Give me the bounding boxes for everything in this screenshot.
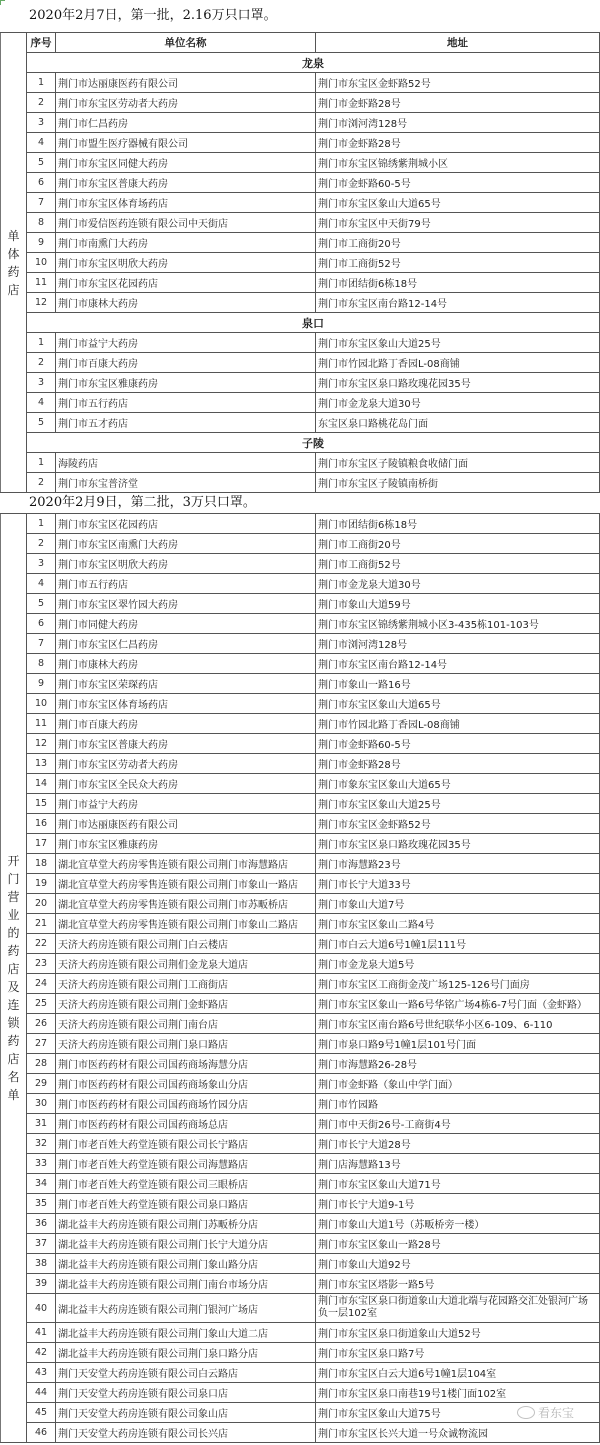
pharmacy-address: 荆门市团结街6栋18号	[316, 273, 600, 293]
table-row: 46荆门天安堂大药房连锁有限公司长兴店荆门市东宝区长兴大道一号众诚物流园	[1, 1423, 600, 1443]
pharmacy-name: 荆门市东宝区体育场药店	[56, 694, 316, 714]
row-number: 10	[27, 694, 56, 714]
row-number: 11	[27, 273, 56, 293]
row-number: 26	[27, 1014, 56, 1034]
table-row: 2荆门市东宝区劳动者大药房荆门市金虾路28号	[1, 93, 600, 113]
table-row: 13荆门市东宝区劳动者大药房荆门市金虾路28号	[1, 754, 600, 774]
row-number: 39	[27, 1274, 56, 1294]
table-row: 32荆门市老百姓大药堂连锁有限公司长宁路店荆门市长宁大道28号	[1, 1134, 600, 1154]
pharmacy-address: 东宝区泉口路桃花岛门面	[316, 413, 600, 433]
row-number: 34	[27, 1174, 56, 1194]
wechat-icon	[517, 1406, 535, 1419]
pharmacy-name: 荆门市五行药店	[56, 574, 316, 594]
row-number: 4	[27, 574, 56, 594]
row-number: 30	[27, 1094, 56, 1114]
row-number: 3	[27, 113, 56, 133]
table-row: 11荆门市百康大药房荆门市竹园北路丁香园L-08商铺	[1, 714, 600, 734]
pharmacy-address: 荆门市竹园北路丁香园L-08商铺	[316, 353, 600, 373]
row-number: 10	[27, 253, 56, 273]
pharmacy-address: 荆门市东宝区南台路12-14号	[316, 293, 600, 313]
pharmacy-name: 湖北益丰大药房连锁有限公司荆门象山路分店	[56, 1254, 316, 1274]
pharmacy-address: 荆门市东宝区锦绣紫荆城小区	[316, 153, 600, 173]
pharmacy-address: 荆门市东宝区锦绣紫荆城小区3-435栋101-103号	[316, 614, 600, 634]
pharmacy-address: 荆门市海慧路23号	[316, 854, 600, 874]
pharmacy-name: 荆门市东宝区全民众大药房	[56, 774, 316, 794]
table-row: 7荆门市东宝区仁昌药房荆门市浏河湾128号	[1, 634, 600, 654]
row-number: 5	[27, 594, 56, 614]
pharmacy-address: 荆门市浏河湾128号	[316, 634, 600, 654]
row-number: 41	[27, 1323, 56, 1343]
table-row: 14荆门市东宝区全民众大药房荆门市象东宝区象山大道65号	[1, 774, 600, 794]
row-number: 9	[27, 233, 56, 253]
table-row: 38湖北益丰大药房连锁有限公司荆门象山路分店荆门市象山大道92号	[1, 1254, 600, 1274]
pharmacy-name: 荆门市同健大药房	[56, 614, 316, 634]
pharmacy-address: 荆门市东宝区象山大道25号	[316, 333, 600, 353]
batch2-title: 2020年2月9日，第二批，3万只口罩。	[0, 493, 600, 513]
row-number: 15	[27, 794, 56, 814]
table-row: 11荆门市东宝区花园药店荆门市团结街6栋18号	[1, 273, 600, 293]
pharmacy-name: 湖北益丰大药房连锁有限公司荆门象山大道二店	[56, 1323, 316, 1343]
pharmacy-name: 湖北益丰大药房连锁有限公司荆门苏畈桥分店	[56, 1214, 316, 1234]
table-row: 44荆门天安堂大药房连锁有限公司泉口店荆门市东宝区泉口南巷19号1楼门面102室	[1, 1383, 600, 1403]
pharmacy-name: 湖北宜草堂大药房零售连锁有限公司荆门市海慧路店	[56, 854, 316, 874]
pharmacy-name: 荆门市百康大药房	[56, 714, 316, 734]
table-row: 2荆门市东宝区南熏门大药房荆门市工商街20号	[1, 534, 600, 554]
pharmacy-name: 湖北益丰大药房连锁有限公司荆门长宁大道分店	[56, 1234, 316, 1254]
table-row: 3荆门市东宝区雅康药房荆门市东宝区泉口路玫瑰花园35号	[1, 373, 600, 393]
pharmacy-address: 荆门市金虾路60-5号	[316, 734, 600, 754]
pharmacy-name: 荆门市东宝区雅康药房	[56, 834, 316, 854]
pharmacy-address: 荆门市东宝区白云大道6号1幢1层104室	[316, 1363, 600, 1383]
pharmacy-name: 湖北益丰大药房连锁有限公司荆门泉口路分店	[56, 1343, 316, 1363]
row-number: 14	[27, 774, 56, 794]
pharmacy-name: 荆门天安堂大药房连锁有限公司泉口店	[56, 1383, 316, 1403]
category-label: 开 门 营 业 的 药 店 及 连 锁 药 店 名 单	[1, 514, 27, 1443]
corner-mark	[0, 0, 5, 5]
batch1-table: 单 体 药 店 序号 单位名称 地址 龙泉1荆门市达丽康医药有限公司荆门市东宝区…	[0, 32, 600, 493]
pharmacy-name: 荆门市医药药材有限公司国药商场总店	[56, 1114, 316, 1134]
pharmacy-name: 荆门市老百姓大药堂连锁有限公司长宁路店	[56, 1134, 316, 1154]
row-number: 22	[27, 934, 56, 954]
table-row: 4荆门市五行药店荆门市金龙泉大道30号	[1, 574, 600, 594]
pharmacy-name: 天济大药房连锁有限公司荆门白云楼店	[56, 934, 316, 954]
row-number: 2	[27, 473, 56, 493]
row-number: 43	[27, 1363, 56, 1383]
row-number: 3	[27, 554, 56, 574]
pharmacy-address: 荆门市金龙泉大道5号	[316, 954, 600, 974]
row-number: 37	[27, 1234, 56, 1254]
table-row: 37湖北益丰大药房连锁有限公司荆门长宁大道分店荆门市东宝区象山一路28号	[1, 1234, 600, 1254]
pharmacy-name: 荆门市老百姓大药堂连锁有限公司泉口路店	[56, 1194, 316, 1214]
pharmacy-address: 荆门市浏河湾128号	[316, 113, 600, 133]
table-row: 5荆门市五才药店东宝区泉口路桃花岛门面	[1, 413, 600, 433]
pharmacy-address: 荆门市东宝区象山大道25号	[316, 794, 600, 814]
region-label: 泉口	[27, 313, 600, 333]
row-number: 8	[27, 654, 56, 674]
table-row: 34荆门市老百姓大药堂连锁有限公司三眼桥店荆门市东宝区象山大道71号	[1, 1174, 600, 1194]
pharmacy-name: 荆门市东宝区南熏门大药房	[56, 534, 316, 554]
pharmacy-address: 荆门市海慧路26-28号	[316, 1054, 600, 1074]
table-row: 28荆门市医药药材有限公司国药商场海慧分店荆门市海慧路26-28号	[1, 1054, 600, 1074]
row-number: 28	[27, 1054, 56, 1074]
row-number: 32	[27, 1134, 56, 1154]
pharmacy-name: 天济大药房连锁有限公司荆门金虾路店	[56, 994, 316, 1014]
table-row: 26天济大药房连锁有限公司荆门南台店荆门市东宝区南台路6号世纪联华小区6-109…	[1, 1014, 600, 1034]
pharmacy-name: 荆门市东宝普济堂	[56, 473, 316, 493]
pharmacy-name: 天济大药房连锁有限公司荆门南台店	[56, 1014, 316, 1034]
row-number: 9	[27, 674, 56, 694]
table-row: 41湖北益丰大药房连锁有限公司荆门象山大道二店荆门市东宝区泉口街道象山大道52号	[1, 1323, 600, 1343]
row-number: 1	[27, 333, 56, 353]
table-row: 2荆门市百康大药房荆门市竹园北路丁香园L-08商铺	[1, 353, 600, 373]
pharmacy-address: 荆门市象山一路16号	[316, 674, 600, 694]
pharmacy-address: 荆门市团结街6栋18号	[316, 514, 600, 534]
pharmacy-name: 湖北益丰大药房连锁有限公司荆门南台市场分店	[56, 1274, 316, 1294]
pharmacy-name: 湖北宜草堂大药房零售连锁有限公司荆门市象山二路店	[56, 914, 316, 934]
pharmacy-address: 荆门市东宝区象山大道71号	[316, 1174, 600, 1194]
row-number: 12	[27, 293, 56, 313]
pharmacy-name: 荆门市东宝区体育场药店	[56, 193, 316, 213]
region-label: 龙泉	[27, 53, 600, 73]
row-number: 1	[27, 514, 56, 534]
pharmacy-name: 荆门市医药药材有限公司国药商场象山分店	[56, 1074, 316, 1094]
row-number: 7	[27, 193, 56, 213]
table-row: 10荆门市东宝区明欣大药房荆门市工商街52号	[1, 253, 600, 273]
pharmacy-address: 荆门市东宝区中天街79号	[316, 213, 600, 233]
pharmacy-address: 荆门市东宝区塔影一路5号	[316, 1274, 600, 1294]
pharmacy-name: 荆门市盟生医疗器械有限公司	[56, 133, 316, 153]
region-row: 子陵	[1, 433, 600, 453]
table-row: 15荆门市益宁大药房荆门市东宝区象山大道25号	[1, 794, 600, 814]
row-number: 45	[27, 1403, 56, 1423]
row-number: 19	[27, 874, 56, 894]
row-number: 4	[27, 133, 56, 153]
pharmacy-address: 荆门市东宝区南台路6号世纪联华小区6-109、6-110	[316, 1014, 600, 1034]
row-number: 5	[27, 153, 56, 173]
row-number: 6	[27, 173, 56, 193]
table-row: 1荆门市益宁大药房荆门市东宝区象山大道25号	[1, 333, 600, 353]
row-number: 16	[27, 814, 56, 834]
pharmacy-address: 荆门市东宝区子陵镇粮食收储门面	[316, 453, 600, 473]
pharmacy-name: 荆门市东宝区雅康药房	[56, 373, 316, 393]
pharmacy-address: 荆门市东宝区泉口路玫瑰花园35号	[316, 834, 600, 854]
table-row: 1海陵药店荆门市东宝区子陵镇粮食收储门面	[1, 453, 600, 473]
table-row: 36湖北益丰大药房连锁有限公司荆门苏畈桥分店荆门市象山大道1号（苏畈桥旁一楼）	[1, 1214, 600, 1234]
batch2-table: 开 门 营 业 的 药 店 及 连 锁 药 店 名 单1荆门市东宝区花园药店荆门…	[0, 513, 600, 1443]
pharmacy-name: 荆门市医药药材有限公司国药商场竹园分店	[56, 1094, 316, 1114]
pharmacy-address: 荆门市东宝区泉口路玫瑰花园35号	[316, 373, 600, 393]
pharmacy-name: 荆门市东宝区花园药店	[56, 514, 316, 534]
pharmacy-name: 海陵药店	[56, 453, 316, 473]
table-row: 12荆门市康林大药房荆门市东宝区南台路12-14号	[1, 293, 600, 313]
pharmacy-name: 荆门市东宝区普康大药房	[56, 734, 316, 754]
pharmacy-name: 荆门市康林大药房	[56, 293, 316, 313]
pharmacy-address: 荆门市东宝区金虾路52号	[316, 814, 600, 834]
pharmacy-address: 荆门市金虾路28号	[316, 754, 600, 774]
region-label: 子陵	[27, 433, 600, 453]
row-number: 42	[27, 1343, 56, 1363]
pharmacy-address: 荆门市工商街52号	[316, 554, 600, 574]
table-header-row: 单 体 药 店 序号 单位名称 地址	[1, 33, 600, 53]
pharmacy-address: 荆门市金虾路28号	[316, 133, 600, 153]
pharmacy-name: 湖北益丰大药房连锁有限公司荆门银河广场店	[56, 1294, 316, 1323]
table-row: 25天济大药房连锁有限公司荆门金虾路店荆门市东宝区象山一路6号华铭广场4栋6-7…	[1, 994, 600, 1014]
pharmacy-name: 荆门市老百姓大药堂连锁有限公司海慧路店	[56, 1154, 316, 1174]
pharmacy-address: 荆门市东宝区子陵镇南桥街	[316, 473, 600, 493]
row-number: 5	[27, 413, 56, 433]
row-number: 4	[27, 393, 56, 413]
table-row: 30荆门市医药药材有限公司国药商场竹园分店荆门市竹园路	[1, 1094, 600, 1114]
pharmacy-address: 荆门市东宝区泉口路7号	[316, 1343, 600, 1363]
row-number: 44	[27, 1383, 56, 1403]
table-row: 16荆门市达丽康医药有限公司荆门市东宝区金虾路52号	[1, 814, 600, 834]
table-row: 8荆门市爱信医药连锁有限公司中天街店荆门市东宝区中天街79号	[1, 213, 600, 233]
pharmacy-address: 荆门市工商街52号	[316, 253, 600, 273]
pharmacy-address: 荆门市白云大道6号1幢1层111号	[316, 934, 600, 954]
table-row: 45荆门天安堂大药房连锁有限公司象山店荆门市东宝区象山大道75号	[1, 1403, 600, 1423]
pharmacy-address: 荆门市长宁大道9-1号	[316, 1194, 600, 1214]
header-address: 地址	[316, 33, 600, 53]
pharmacy-name: 湖北宜草堂大药房零售连锁有限公司荆门市苏畈桥店	[56, 894, 316, 914]
row-number: 8	[27, 213, 56, 233]
region-row: 泉口	[1, 313, 600, 333]
pharmacy-address: 荆门市东宝区南台路12-14号	[316, 654, 600, 674]
pharmacy-name: 荆门市仁昌药房	[56, 113, 316, 133]
pharmacy-name: 天济大药房连锁有限公司荆门工商街店	[56, 974, 316, 994]
row-number: 46	[27, 1423, 56, 1443]
pharmacy-name: 荆门市东宝区仁昌药房	[56, 634, 316, 654]
row-number: 33	[27, 1154, 56, 1174]
pharmacy-address: 荆门市金虾路28号	[316, 93, 600, 113]
pharmacy-address: 荆门市东宝区象山一路6号华铭广场4栋6-7号门面（金虾路）	[316, 994, 600, 1014]
pharmacy-name: 荆门市老百姓大药堂连锁有限公司三眼桥店	[56, 1174, 316, 1194]
table-row: 24天济大药房连锁有限公司荆门工商街店荆门市东宝区工商街金茂广场125-126号…	[1, 974, 600, 994]
pharmacy-address: 荆门市象山大道59号	[316, 594, 600, 614]
pharmacy-name: 荆门天安堂大药房连锁有限公司象山店	[56, 1403, 316, 1423]
pharmacy-name: 荆门市爱信医药连锁有限公司中天街店	[56, 213, 316, 233]
category-label: 单 体 药 店	[1, 33, 27, 493]
table-row: 19湖北宜草堂大药房零售连锁有限公司荆门市象山一路店荆门市长宁大道33号	[1, 874, 600, 894]
table-row: 1荆门市达丽康医药有限公司荆门市东宝区金虾路52号	[1, 73, 600, 93]
table-row: 43荆门天安堂大药房连锁有限公司白云路店荆门市东宝区白云大道6号1幢1层104室	[1, 1363, 600, 1383]
row-number: 7	[27, 634, 56, 654]
pharmacy-address: 荆门店海慧路13号	[316, 1154, 600, 1174]
pharmacy-address: 荆门市工商街20号	[316, 534, 600, 554]
row-number: 13	[27, 754, 56, 774]
pharmacy-name: 荆门市东宝区劳动者大药房	[56, 93, 316, 113]
pharmacy-address: 荆门市竹园路	[316, 1094, 600, 1114]
row-number: 2	[27, 534, 56, 554]
pharmacy-name: 荆门市百康大药房	[56, 353, 316, 373]
pharmacy-address: 荆门市象山大道92号	[316, 1254, 600, 1274]
pharmacy-name: 荆门市益宁大药房	[56, 333, 316, 353]
table-row: 40湖北益丰大药房连锁有限公司荆门银河广场店荆门市东宝区泉口街道象山大道北端与花…	[1, 1294, 600, 1323]
pharmacy-name: 荆门天安堂大药房连锁有限公司白云路店	[56, 1363, 316, 1383]
row-number: 18	[27, 854, 56, 874]
pharmacy-name: 荆门市益宁大药房	[56, 794, 316, 814]
table-row: 5荆门市东宝区翠竹园大药房荆门市象山大道59号	[1, 594, 600, 614]
row-number: 31	[27, 1114, 56, 1134]
row-number: 40	[27, 1294, 56, 1323]
pharmacy-address: 荆门市东宝区象山大道65号	[316, 694, 600, 714]
pharmacy-address: 荆门市象东宝区象山大道65号	[316, 774, 600, 794]
row-number: 2	[27, 93, 56, 113]
row-number: 25	[27, 994, 56, 1014]
watermark-text: 看东宝	[538, 1404, 574, 1421]
pharmacy-address: 荆门市长宁大道33号	[316, 874, 600, 894]
row-number: 29	[27, 1074, 56, 1094]
pharmacy-address: 荆门市长宁大道28号	[316, 1134, 600, 1154]
row-number: 27	[27, 1034, 56, 1054]
table-row: 10荆门市东宝区体育场药店荆门市东宝区象山大道65号	[1, 694, 600, 714]
pharmacy-name: 荆门市东宝区劳动者大药房	[56, 754, 316, 774]
pharmacy-address: 荆门市东宝区泉口南巷19号1楼门面102室	[316, 1383, 600, 1403]
pharmacy-address: 荆门市金龙泉大道30号	[316, 574, 600, 594]
pharmacy-name: 荆门市医药药材有限公司国药商场海慧分店	[56, 1054, 316, 1074]
header-name: 单位名称	[56, 33, 316, 53]
batch1-title: 2020年2月7日，第一批，2.16万只口罩。	[0, 0, 600, 32]
table-row: 12荆门市东宝区普康大药房荆门市金虾路60-5号	[1, 734, 600, 754]
watermark: 看东宝	[517, 1404, 574, 1421]
row-number: 3	[27, 373, 56, 393]
row-number: 2	[27, 353, 56, 373]
table-row: 4荆门市五行药店荆门市金龙泉大道30号	[1, 393, 600, 413]
row-number: 35	[27, 1194, 56, 1214]
pharmacy-address: 荆门市工商街20号	[316, 233, 600, 253]
pharmacy-name: 天济大药房连锁有限公司荆门泉口路店	[56, 1034, 316, 1054]
pharmacy-name: 荆门市达丽康医药有限公司	[56, 814, 316, 834]
row-number: 21	[27, 914, 56, 934]
table-row: 3荆门市仁昌药房荆门市浏河湾128号	[1, 113, 600, 133]
row-number: 36	[27, 1214, 56, 1234]
table-row: 29荆门市医药药材有限公司国药商场象山分店荆门市金虾路（象山中学门面）	[1, 1074, 600, 1094]
pharmacy-address: 荆门市东宝区金虾路52号	[316, 73, 600, 93]
pharmacy-name: 荆门市五行药店	[56, 393, 316, 413]
row-number: 1	[27, 73, 56, 93]
pharmacy-name: 荆门市东宝区普康大药房	[56, 173, 316, 193]
pharmacy-name: 荆门市康林大药房	[56, 654, 316, 674]
table-row: 17荆门市东宝区雅康药房荆门市东宝区泉口路玫瑰花园35号	[1, 834, 600, 854]
pharmacy-name: 荆门市东宝区同健大药房	[56, 153, 316, 173]
table-row: 42湖北益丰大药房连锁有限公司荆门泉口路分店荆门市东宝区泉口路7号	[1, 1343, 600, 1363]
table-row: 8荆门市康林大药房荆门市东宝区南台路12-14号	[1, 654, 600, 674]
table-row: 开 门 营 业 的 药 店 及 连 锁 药 店 名 单1荆门市东宝区花园药店荆门…	[1, 514, 600, 534]
table-row: 2荆门市东宝普济堂荆门市东宝区子陵镇南桥街	[1, 473, 600, 493]
pharmacy-name: 荆门市东宝区明欣大药房	[56, 554, 316, 574]
pharmacy-name: 荆门市东宝区明欣大药房	[56, 253, 316, 273]
pharmacy-address: 荆门市金虾路60-5号	[316, 173, 600, 193]
table-row: 5荆门市东宝区同健大药房荆门市东宝区锦绣紫荆城小区	[1, 153, 600, 173]
row-number: 11	[27, 714, 56, 734]
pharmacy-address: 荆门市泉口路9号1幢1层101号门面	[316, 1034, 600, 1054]
pharmacy-name: 荆门市东宝区翠竹园大药房	[56, 594, 316, 614]
pharmacy-name: 荆门天安堂大药房连锁有限公司长兴店	[56, 1423, 316, 1443]
table-row: 35荆门市老百姓大药堂连锁有限公司泉口路店荆门市长宁大道9-1号	[1, 1194, 600, 1214]
table-row: 22天济大药房连锁有限公司荆门白云楼店荆门市白云大道6号1幢1层111号	[1, 934, 600, 954]
row-number: 12	[27, 734, 56, 754]
table-row: 39湖北益丰大药房连锁有限公司荆门南台市场分店荆门市东宝区塔影一路5号	[1, 1274, 600, 1294]
pharmacy-address: 荆门市东宝区工商街金茂广场125-126号门面房	[316, 974, 600, 994]
pharmacy-address: 荆门市中天街26号-工商街4号	[316, 1114, 600, 1134]
table-row: 7荆门市东宝区体育场药店荆门市东宝区象山大道65号	[1, 193, 600, 213]
table-row: 33荆门市老百姓大药堂连锁有限公司海慧路店荆门店海慧路13号	[1, 1154, 600, 1174]
table-row: 18湖北宜草堂大药房零售连锁有限公司荆门市海慧路店荆门市海慧路23号	[1, 854, 600, 874]
pharmacy-address: 荆门市东宝区长兴大道一号众诚物流园	[316, 1423, 600, 1443]
pharmacy-address: 荆门市象山大道7号	[316, 894, 600, 914]
table-row: 3荆门市东宝区明欣大药房荆门市工商街52号	[1, 554, 600, 574]
table-row: 20湖北宜草堂大药房零售连锁有限公司荆门市苏畈桥店荆门市象山大道7号	[1, 894, 600, 914]
table-row: 31荆门市医药药材有限公司国药商场总店荆门市中天街26号-工商街4号	[1, 1114, 600, 1134]
row-number: 23	[27, 954, 56, 974]
table-row: 6荆门市东宝区普康大药房荆门市金虾路60-5号	[1, 173, 600, 193]
row-number: 1	[27, 453, 56, 473]
pharmacy-address: 荆门市象山大道1号（苏畈桥旁一楼）	[316, 1214, 600, 1234]
row-number: 6	[27, 614, 56, 634]
pharmacy-address: 荆门市竹园北路丁香园L-08商铺	[316, 714, 600, 734]
pharmacy-name: 荆门市东宝区荣琛药店	[56, 674, 316, 694]
row-number: 24	[27, 974, 56, 994]
pharmacy-address: 荆门市东宝区象山二路4号	[316, 914, 600, 934]
header-num: 序号	[27, 33, 56, 53]
row-number: 20	[27, 894, 56, 914]
table-row: 27天济大药房连锁有限公司荆门泉口路店荆门市泉口路9号1幢1层101号门面	[1, 1034, 600, 1054]
pharmacy-address: 荆门市东宝区泉口街道象山大道52号	[316, 1323, 600, 1343]
row-number: 17	[27, 834, 56, 854]
pharmacy-address: 荆门市金虾路（象山中学门面）	[316, 1074, 600, 1094]
table-row: 23天济大药房连锁有限公司荆们金龙泉大道店荆门市金龙泉大道5号	[1, 954, 600, 974]
pharmacy-address: 荆门市金龙泉大道30号	[316, 393, 600, 413]
pharmacy-name: 荆门市东宝区花园药店	[56, 273, 316, 293]
pharmacy-name: 荆门市南熏门大药房	[56, 233, 316, 253]
table-row: 21湖北宜草堂大药房零售连锁有限公司荆门市象山二路店荆门市东宝区象山二路4号	[1, 914, 600, 934]
region-row: 龙泉	[1, 53, 600, 73]
pharmacy-address: 荆门市东宝区泉口街道象山大道北端与花园路交汇处银河广场负一层102室	[316, 1294, 600, 1323]
pharmacy-name: 荆门市达丽康医药有限公司	[56, 73, 316, 93]
pharmacy-address: 荆门市东宝区象山一路28号	[316, 1234, 600, 1254]
pharmacy-name: 荆门市五才药店	[56, 413, 316, 433]
table-row: 9荆门市东宝区荣琛药店荆门市象山一路16号	[1, 674, 600, 694]
pharmacy-name: 湖北宜草堂大药房零售连锁有限公司荆门市象山一路店	[56, 874, 316, 894]
table-row: 6荆门市同健大药房荆门市东宝区锦绣紫荆城小区3-435栋101-103号	[1, 614, 600, 634]
pharmacy-address: 荆门市东宝区象山大道65号	[316, 193, 600, 213]
table-row: 9荆门市南熏门大药房荆门市工商街20号	[1, 233, 600, 253]
pharmacy-name: 天济大药房连锁有限公司荆们金龙泉大道店	[56, 954, 316, 974]
row-number: 38	[27, 1254, 56, 1274]
table-row: 4荆门市盟生医疗器械有限公司荆门市金虾路28号	[1, 133, 600, 153]
